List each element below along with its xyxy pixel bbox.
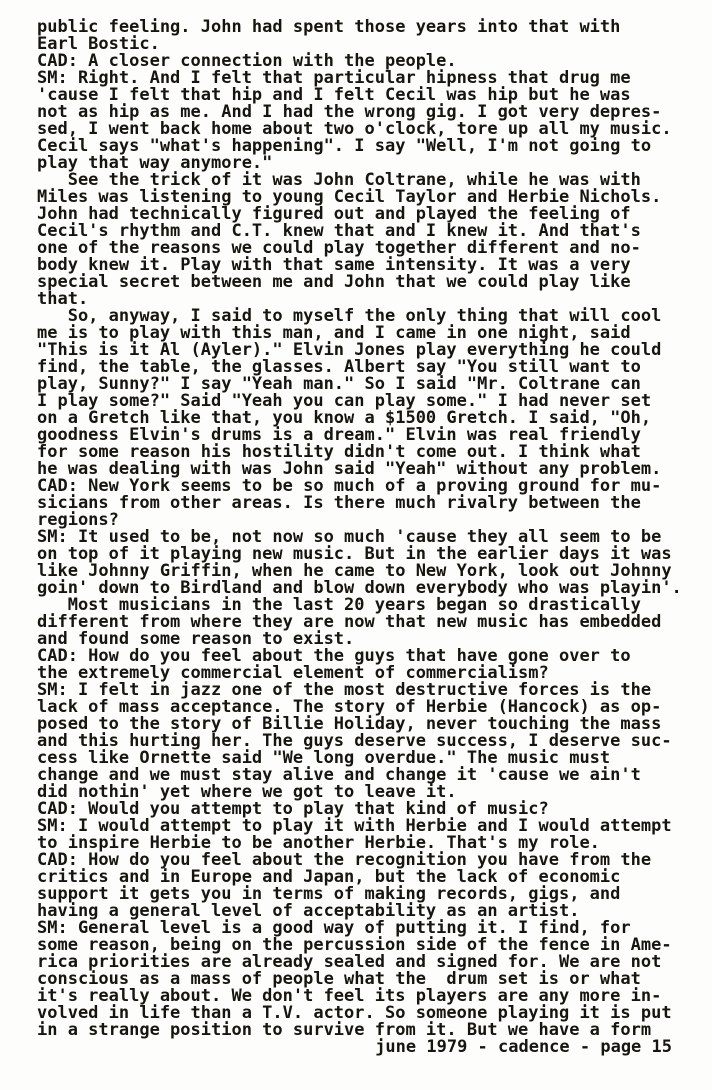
scanned-document-page: public feeling. John had spent those yea… bbox=[0, 0, 712, 1090]
text-block: public feeling. John had spent those yea… bbox=[37, 19, 687, 1056]
interview-transcript-text: public feeling. John had spent those yea… bbox=[37, 19, 687, 1039]
page-footer: june 1979 - cadence - page 15 bbox=[37, 1039, 672, 1056]
